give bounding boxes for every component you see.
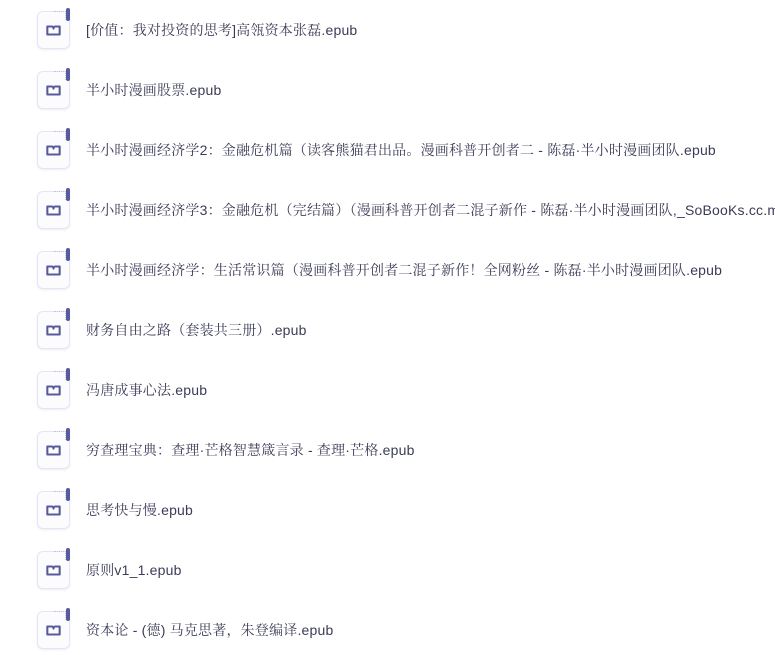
ebook-file-icon xyxy=(37,551,70,589)
file-name: 思考快与慢.epub xyxy=(86,500,193,520)
file-name: 半小时漫画经济学2：金融危机篇（读客熊猫君出品。漫画科普开创者二 - 陈磊·半小… xyxy=(86,140,716,160)
ebook-file-icon xyxy=(37,311,70,349)
open-book-icon xyxy=(45,263,62,278)
file-name: 冯唐成事心法.epub xyxy=(86,380,207,400)
file-row[interactable]: 思考快与慢.epub xyxy=(0,480,775,540)
ebook-file-icon xyxy=(37,491,70,529)
file-row[interactable]: 半小时漫画股票.epub xyxy=(0,60,775,120)
open-book-icon xyxy=(45,203,62,218)
file-row[interactable]: 资本论 - (德) 马克思著，朱登编译.epub xyxy=(0,600,775,655)
file-row[interactable]: 财务自由之路（套装共三册）.epub xyxy=(0,300,775,360)
open-book-icon xyxy=(45,143,62,158)
ebook-file-icon xyxy=(37,131,70,169)
file-name: 财务自由之路（套装共三册）.epub xyxy=(86,320,307,340)
open-book-icon xyxy=(45,623,62,638)
file-name: 半小时漫画股票.epub xyxy=(86,80,221,100)
ebook-file-icon xyxy=(37,431,70,469)
file-list: [价值：我对投资的思考]高瓴资本张磊.epub 半小时漫画股票.epub 半小时… xyxy=(0,0,775,655)
open-book-icon xyxy=(45,443,62,458)
file-row[interactable]: [价值：我对投资的思考]高瓴资本张磊.epub xyxy=(0,0,775,60)
file-row[interactable]: 穷查理宝典：查理·芒格智慧箴言录 - 查理·芒格.epub xyxy=(0,420,775,480)
file-name: 原则v1_1.epub xyxy=(86,560,182,580)
ebook-file-icon xyxy=(37,191,70,229)
open-book-icon xyxy=(45,23,62,38)
open-book-icon xyxy=(45,83,62,98)
ebook-file-icon xyxy=(37,11,70,49)
ebook-file-icon xyxy=(37,371,70,409)
file-row[interactable]: 半小时漫画经济学2：金融危机篇（读客熊猫君出品。漫画科普开创者二 - 陈磊·半小… xyxy=(0,120,775,180)
file-name: 穷查理宝典：查理·芒格智慧箴言录 - 查理·芒格.epub xyxy=(86,440,415,460)
file-row[interactable]: 半小时漫画经济学：生活常识篇（漫画科普开创者二混子新作！全网粉丝 - 陈磊·半小… xyxy=(0,240,775,300)
ebook-file-icon xyxy=(37,251,70,289)
open-book-icon xyxy=(45,323,62,338)
ebook-file-icon xyxy=(37,71,70,109)
open-book-icon xyxy=(45,503,62,518)
file-name: 半小时漫画经济学3：金融危机（完结篇）（漫画科普开创者二混子新作 - 陈磊·半小… xyxy=(86,200,775,220)
file-row[interactable]: 冯唐成事心法.epub xyxy=(0,360,775,420)
file-name: 半小时漫画经济学：生活常识篇（漫画科普开创者二混子新作！全网粉丝 - 陈磊·半小… xyxy=(86,260,722,280)
file-row[interactable]: 半小时漫画经济学3：金融危机（完结篇）（漫画科普开创者二混子新作 - 陈磊·半小… xyxy=(0,180,775,240)
ebook-file-icon xyxy=(37,611,70,649)
file-name: [价值：我对投资的思考]高瓴资本张磊.epub xyxy=(86,20,357,40)
file-name: 资本论 - (德) 马克思著，朱登编译.epub xyxy=(86,620,334,640)
open-book-icon xyxy=(45,383,62,398)
file-row[interactable]: 原则v1_1.epub xyxy=(0,540,775,600)
open-book-icon xyxy=(45,563,62,578)
